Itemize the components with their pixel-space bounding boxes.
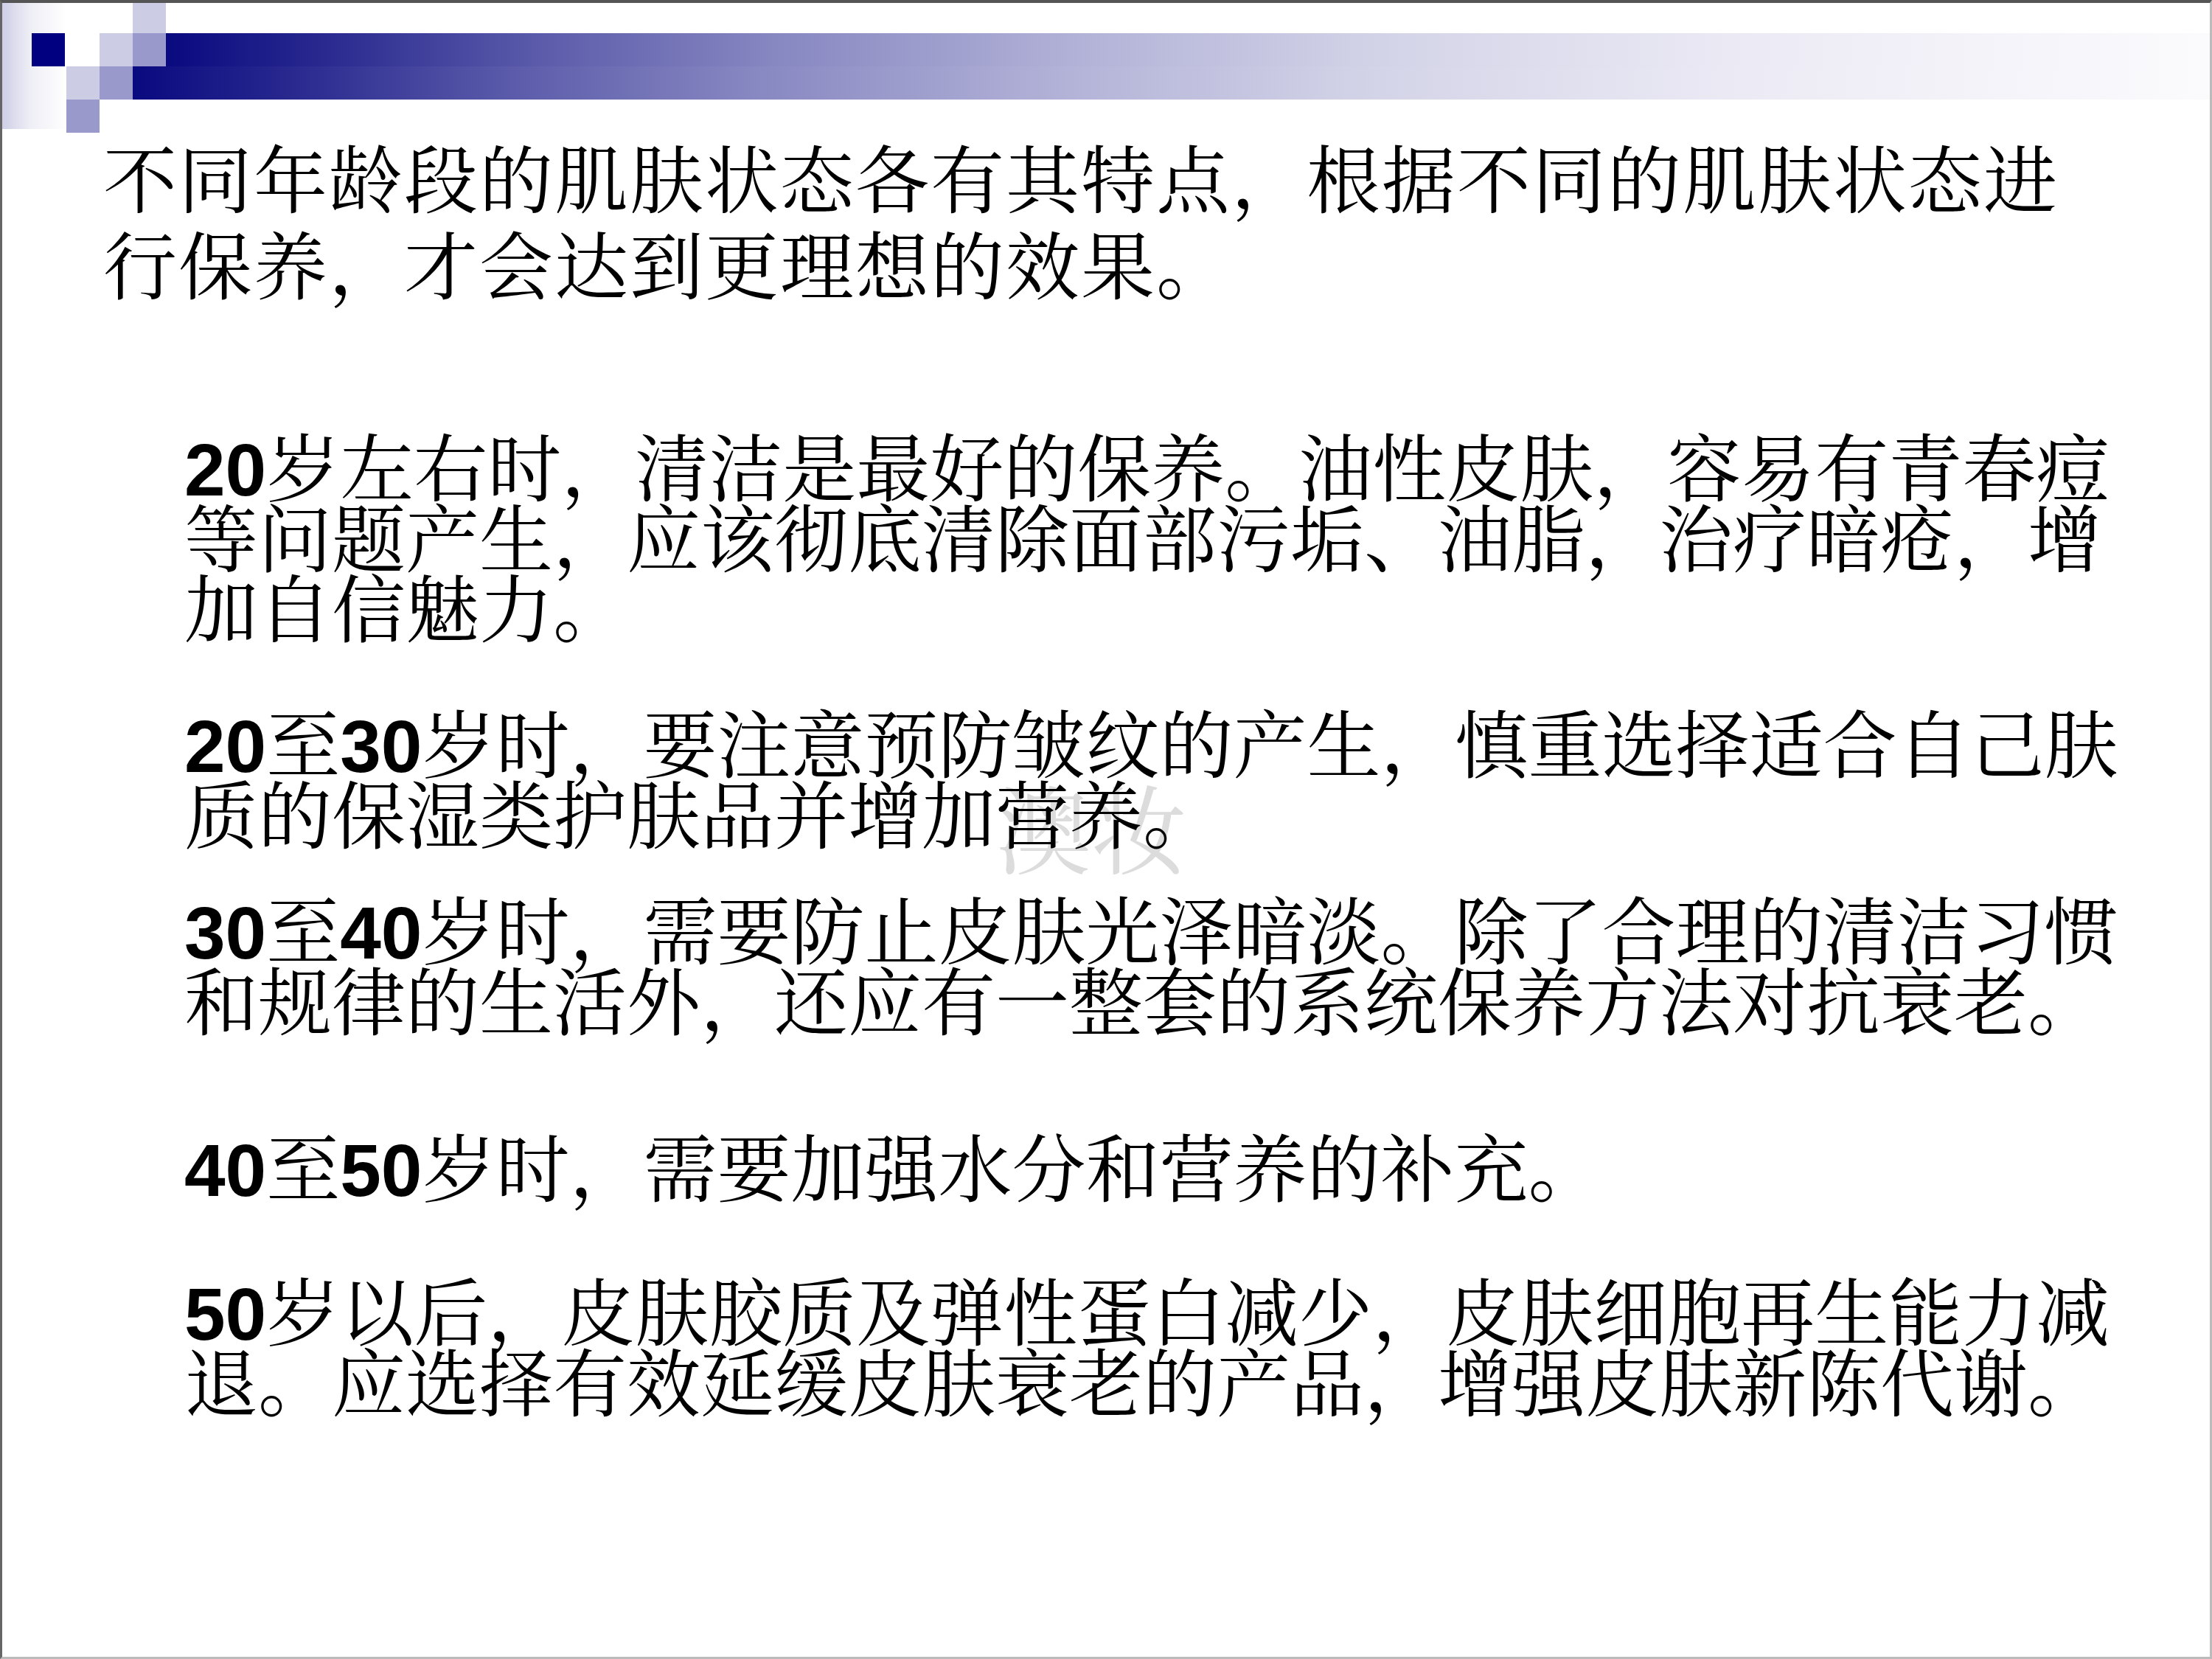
item-line: 50岁以后，皮肤胶质及弹性蛋白减少，皮肤细胞再生能力减: [184, 1279, 2190, 1350]
item-text: 岁时，需要加强水分和营养的补充。: [422, 1127, 1601, 1214]
age-number: 40: [184, 1130, 266, 1212]
item-line: 20至30岁时，要注意预防皱纹的产生，慎重选择适合自己肤: [184, 712, 2190, 782]
age-number: 50: [340, 1130, 422, 1212]
item-line: 和规律的生活外，还应有一整套的系统保养方法对抗衰老。: [184, 969, 2190, 1039]
age-item-30-40: 30至40岁时，需要防止皮肤光泽暗淡。除了合理的清洁习惯 和规律的生活外，还应有…: [184, 898, 2190, 1039]
intro-paragraph: 不同年龄段的肌肤状态各有其特点，根据不同的肌肤状态进 行保养，才会达到更理想的效…: [103, 139, 2168, 311]
age-connector: 至: [266, 1127, 340, 1214]
item-line: 30至40岁时，需要防止皮肤光泽暗淡。除了合理的清洁习惯: [184, 898, 2190, 969]
intro-line: 行保养，才会达到更理想的效果。: [103, 225, 2168, 311]
slide-content: 不同年龄段的肌肤状态各有其特点，根据不同的肌肤状态进 行保养，才会达到更理想的效…: [0, 0, 2212, 1659]
age-item-20: 20岁左右时，清洁是最好的保养。油性皮肤，容易有青春痘 等问题产生，应该彻底清除…: [184, 435, 2190, 646]
item-line: 40至50岁时，需要加强水分和营养的补充。: [184, 1135, 2190, 1206]
item-line: 质的保湿类护肤品并增加营养。: [184, 782, 2190, 852]
age-item-40-50: 40至50岁时，需要加强水分和营养的补充。: [184, 1135, 2190, 1206]
item-line: 退。应选择有效延缓皮肤衰老的产品，增强皮肤新陈代谢。: [184, 1350, 2190, 1420]
item-line: 20岁左右时，清洁是最好的保养。油性皮肤，容易有青春痘: [184, 435, 2190, 506]
intro-line: 不同年龄段的肌肤状态各有其特点，根据不同的肌肤状态进: [103, 139, 2168, 225]
age-item-20-30: 20至30岁时，要注意预防皱纹的产生，慎重选择适合自己肤 质的保湿类护肤品并增加…: [184, 712, 2190, 852]
item-line: 加自信魅力。: [184, 576, 2190, 646]
age-item-50-plus: 50岁以后，皮肤胶质及弹性蛋白减少，皮肤细胞再生能力减 退。应选择有效延缓皮肤衰…: [184, 1279, 2190, 1420]
item-line: 等问题产生，应该彻底清除面部污垢、油脂，治疗暗疮，增: [184, 506, 2190, 576]
